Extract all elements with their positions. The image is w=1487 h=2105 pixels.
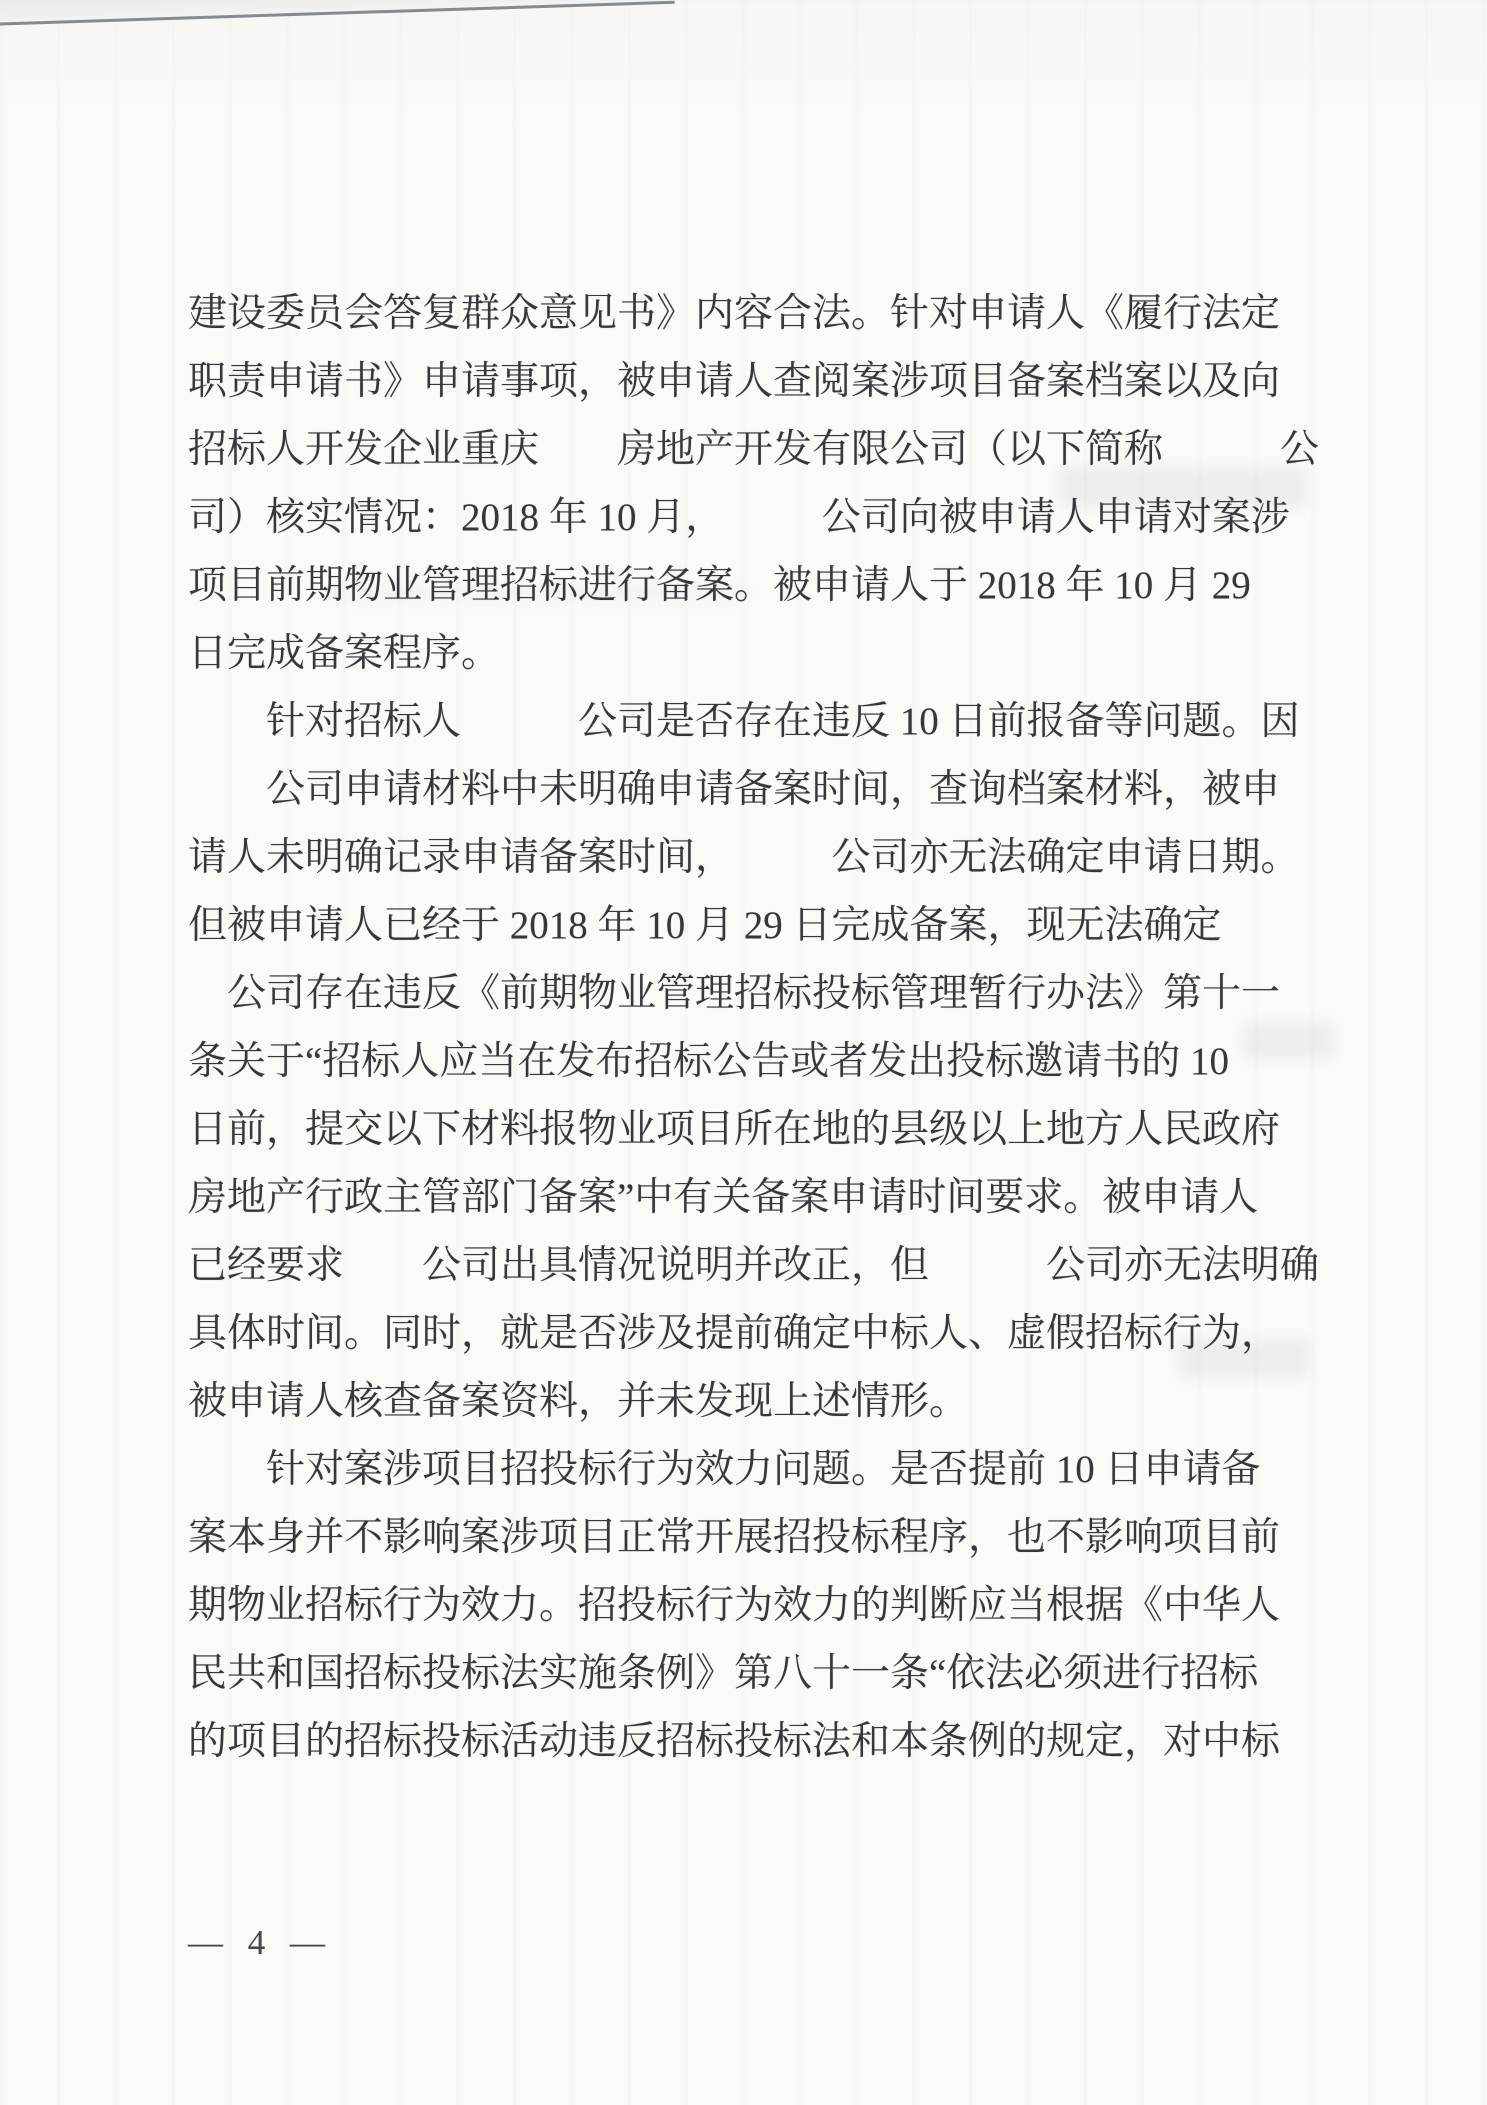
page-number: — 4 —	[188, 1918, 333, 1968]
body-text-line: 针对招标人 公司是否存在违反 10 日前报备等问题。因	[188, 688, 1348, 756]
body-text-line: 公司申请材料中未明确申请备案时间，查询档案材料，被申	[188, 756, 1348, 824]
body-text-line: 公司存在违反《前期物业管理招标投标管理暂行办法》第十一	[188, 960, 1348, 1028]
body-text-line: 具体时间。同时，就是否涉及提前确定中标人、虚假招标行为，	[188, 1300, 1348, 1368]
scan-edge-artifact	[0, 0, 675, 26]
body-text-line: 条关于“招标人应当在发布招标公告或者发出投标邀请书的 10	[188, 1028, 1348, 1096]
body-text-line: 已经要求 公司出具情况说明并改正，但 公司亦无法明确	[188, 1232, 1348, 1300]
body-text-line: 司）核实情况：2018 年 10 月， 公司向被申请人申请对案涉	[188, 484, 1348, 552]
body-text-line: 招标人开发企业重庆 房地产开发有限公司（以下简称 公	[188, 416, 1348, 484]
body-text-line: 请人未明确记录申请备案时间， 公司亦无法确定申请日期。	[188, 824, 1348, 892]
body-text-line: 项目前期物业管理招标进行备案。被申请人于 2018 年 10 月 29	[188, 552, 1348, 620]
body-text-line: 职责申请书》申请事项，被申请人查阅案涉项目备案档案以及向	[188, 348, 1348, 416]
body-text-line: 期物业招标行为效力。招投标行为效力的判断应当根据《中华人	[188, 1572, 1348, 1640]
body-text-line: 的项目的招标投标活动违反招标投标法和本条例的规定，对中标	[188, 1708, 1348, 1776]
body-text-line: 但被申请人已经于 2018 年 10 月 29 日完成备案，现无法确定	[188, 892, 1348, 960]
body-text-line: 房地产行政主管部门备案”中有关备案申请时间要求。被申请人	[188, 1164, 1348, 1232]
body-text-line: 被申请人核查备案资料，并未发现上述情形。	[188, 1368, 1348, 1436]
body-text-line: 案本身并不影响案涉项目正常开展招投标程序，也不影响项目前	[188, 1504, 1348, 1572]
body-text-line: 日完成备案程序。	[188, 620, 1348, 688]
document-body-text: 建设委员会答复群众意见书》内容合法。针对申请人《履行法定职责申请书》申请事项，被…	[188, 280, 1348, 1776]
document-page: 建设委员会答复群众意见书》内容合法。针对申请人《履行法定职责申请书》申请事项，被…	[0, 0, 1487, 2105]
body-text-line: 建设委员会答复群众意见书》内容合法。针对申请人《履行法定	[188, 280, 1348, 348]
body-text-line: 民共和国招标投标法实施条例》第八十一条“依法必须进行招标	[188, 1640, 1348, 1708]
scan-edge-shadow	[600, 0, 1487, 2]
body-text-line: 针对案涉项目招投标行为效力问题。是否提前 10 日申请备	[188, 1436, 1348, 1504]
body-text-line: 日前，提交以下材料报物业项目所在地的县级以上地方人民政府	[188, 1096, 1348, 1164]
